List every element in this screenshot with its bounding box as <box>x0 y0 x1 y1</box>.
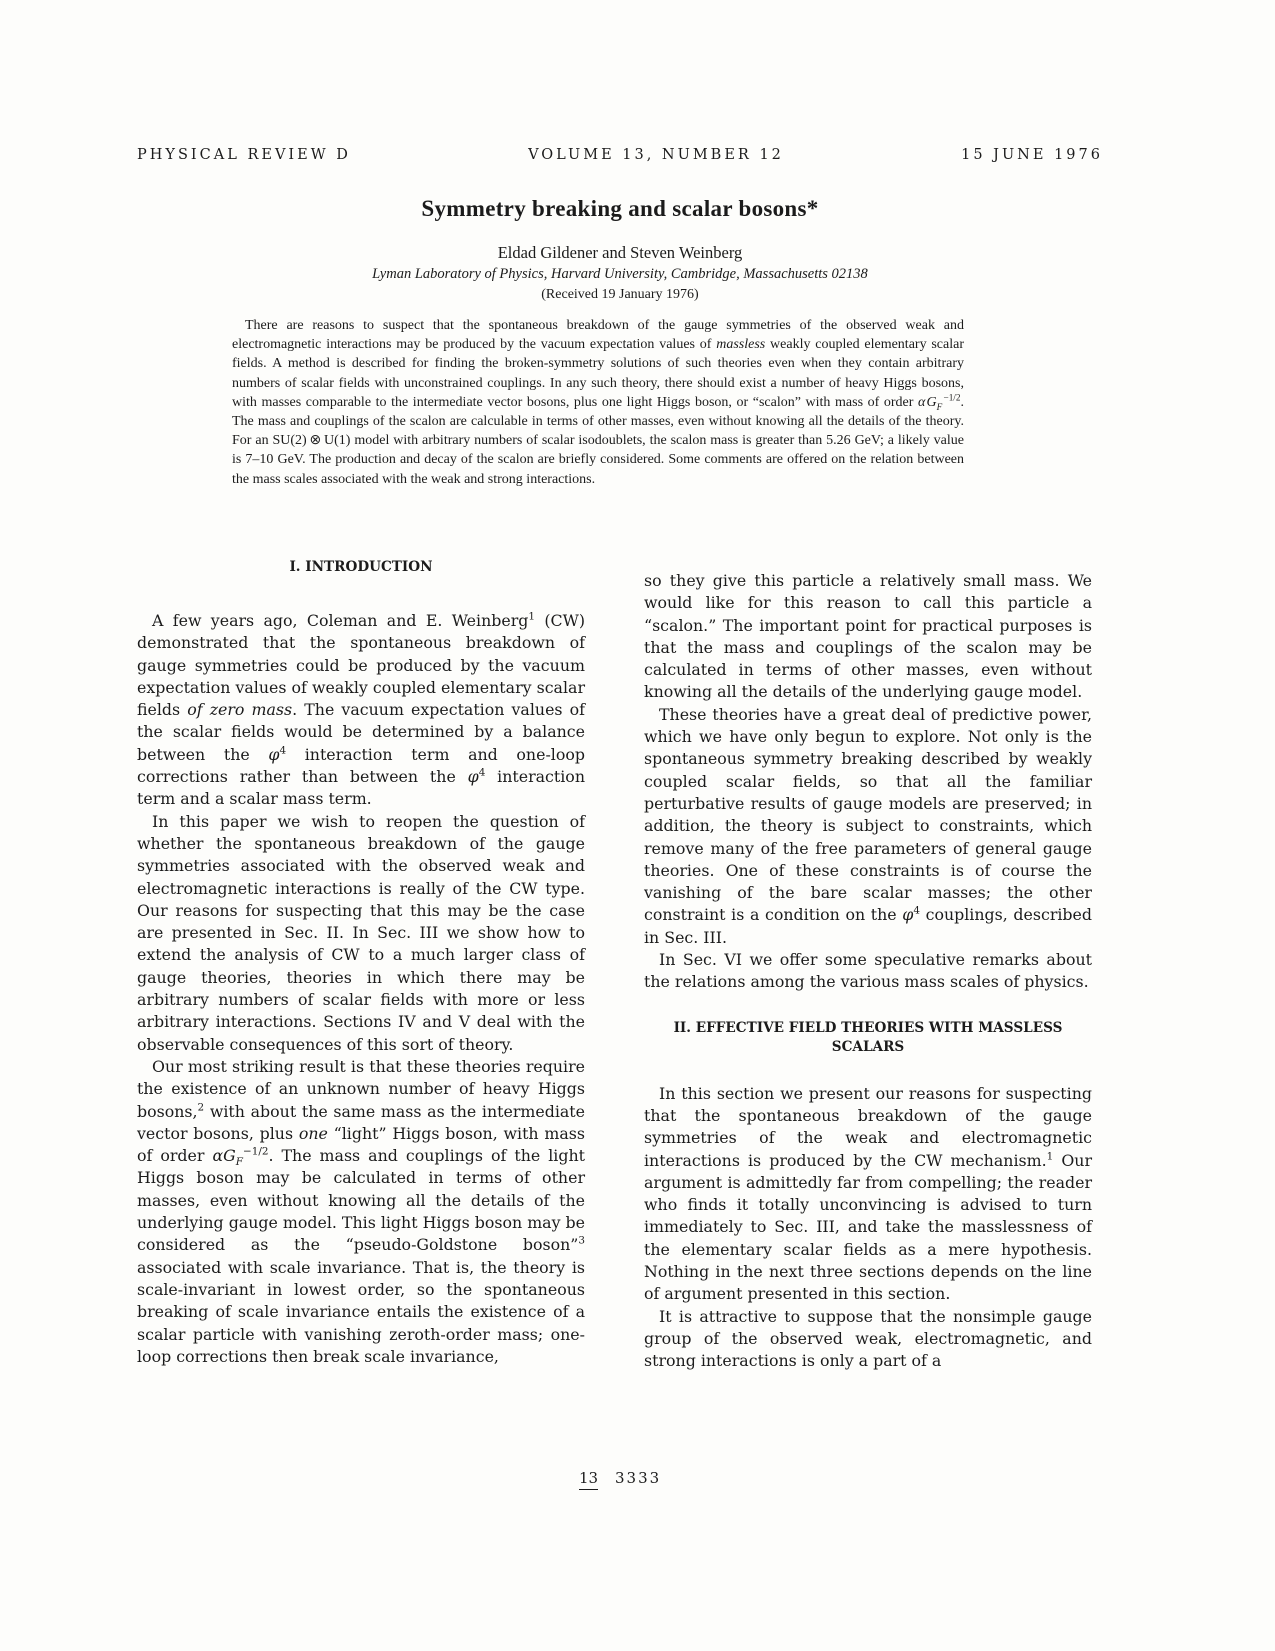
paragraph: A few years ago, Coleman and E. Weinberg… <box>137 610 585 811</box>
affiliation: Lyman Laboratory of Physics, Harvard Uni… <box>137 266 1103 283</box>
footer-volume-number: 13 <box>579 1469 598 1490</box>
volume-issue: VOLUME 13, NUMBER 12 <box>528 147 784 163</box>
journal-page: PHYSICAL REVIEW D VOLUME 13, NUMBER 12 1… <box>0 0 1275 1651</box>
paragraph: Our most striking result is that these t… <box>137 1056 585 1368</box>
paper-title: Symmetry breaking and scalar bosons* <box>137 196 1103 222</box>
issue-date: 15 JUNE 1976 <box>961 147 1103 163</box>
column-left: I. INTRODUCTION A few years ago, Coleman… <box>137 558 585 1368</box>
paragraph: It is attractive to suppose that the non… <box>644 1306 1092 1373</box>
paragraph: In this section we present our reasons f… <box>644 1083 1092 1306</box>
section-heading-introduction: I. INTRODUCTION <box>137 558 585 577</box>
footer-page-number: 3333 <box>615 1469 661 1487</box>
paragraph: These theories have a great deal of pred… <box>644 704 1092 949</box>
journal-name: PHYSICAL REVIEW D <box>137 147 351 163</box>
abstract: There are reasons to suspect that the sp… <box>232 316 964 489</box>
running-head: PHYSICAL REVIEW D VOLUME 13, NUMBER 12 1… <box>137 147 1103 163</box>
paragraph: In Sec. VI we offer some speculative rem… <box>644 949 1092 994</box>
paragraph: so they give this particle a relatively … <box>644 570 1092 704</box>
authors: Eldad Gildener and Steven Weinberg <box>137 243 1103 263</box>
section-heading-effective-field-theories: II. EFFECTIVE FIELD THEORIES WITH MASSLE… <box>663 1019 1073 1057</box>
column-right: so they give this particle a relatively … <box>644 570 1092 1373</box>
paragraph: In this paper we wish to reopen the ques… <box>137 811 585 1056</box>
received-date: (Received 19 January 1976) <box>137 287 1103 303</box>
